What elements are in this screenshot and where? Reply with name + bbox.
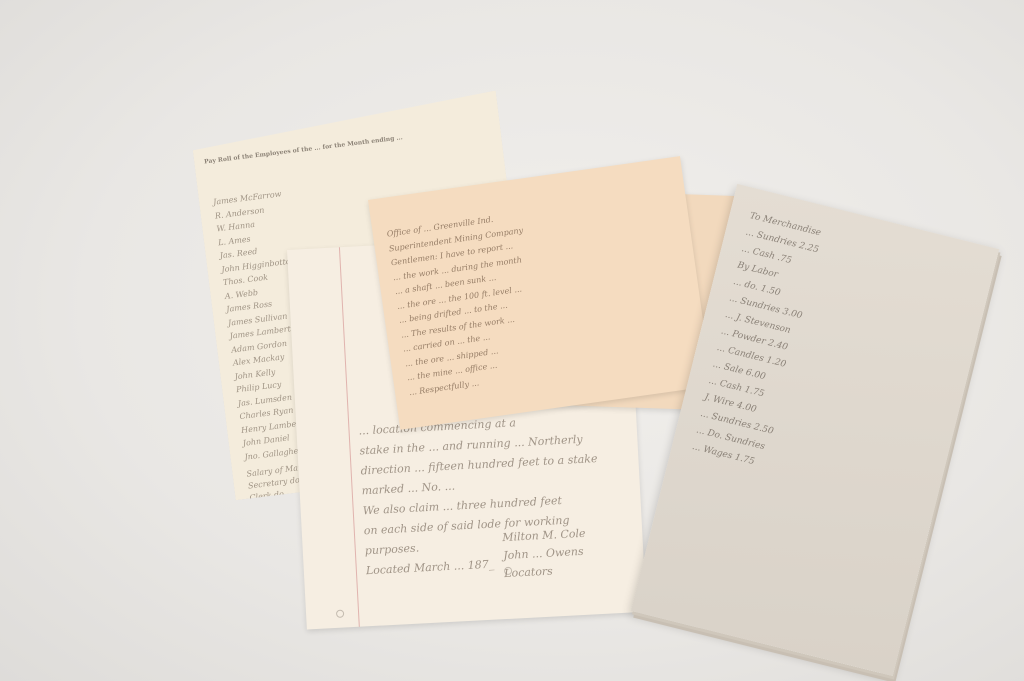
payroll-title: Pay Roll of the Employees of the ... for… (204, 134, 403, 165)
signature: Locators (504, 561, 588, 583)
orange-letter: Office of ... Greenville Ind. Superinten… (368, 156, 712, 430)
punch-hole (336, 610, 344, 618)
orange-letter-body: Office of ... Greenville Ind. Superinten… (386, 209, 544, 400)
letter-signatures: Milton M. Cole John ... Owens Locators (502, 525, 588, 583)
margin-line (339, 247, 360, 627)
